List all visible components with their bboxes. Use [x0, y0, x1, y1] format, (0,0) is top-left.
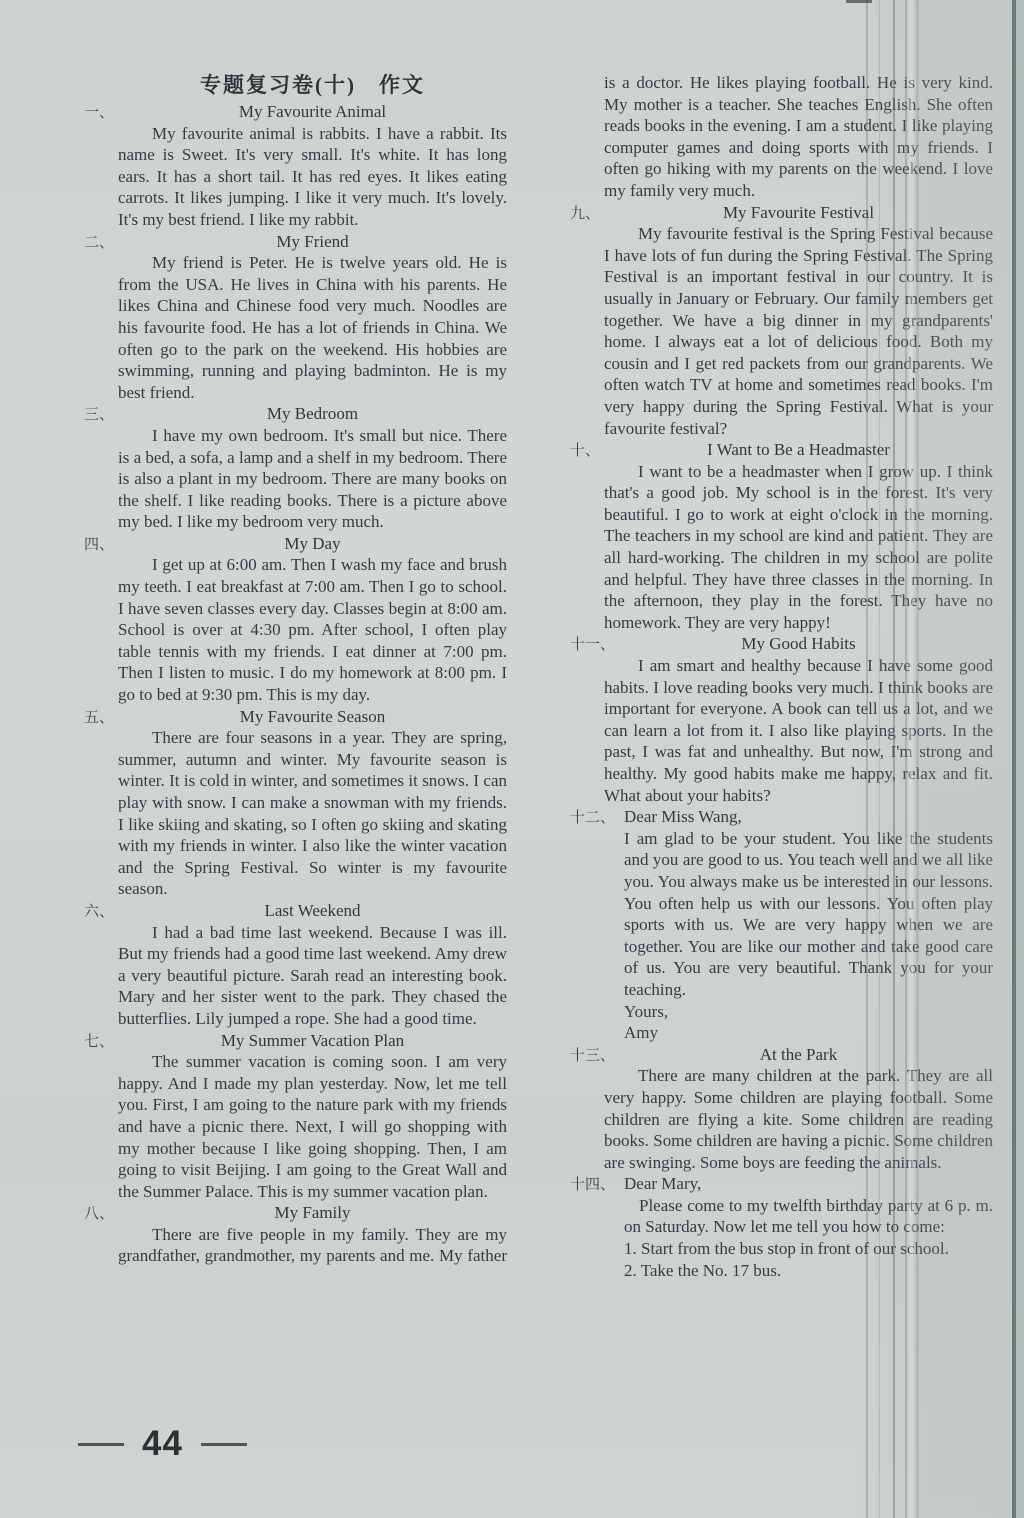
section-marker: 十三、 [570, 1046, 615, 1068]
section-my-family: 八、 My Family There are five people in my… [118, 1202, 507, 1267]
section-letter-to-mary: 十四、 Dear Mary, Please come to my twelfth… [604, 1173, 993, 1281]
direction-item: 1. Start from the bus stop in front of o… [624, 1238, 993, 1260]
section-body: There are four seasons in a year. They a… [118, 727, 507, 900]
section-title: My Family [118, 1202, 507, 1224]
section-marker: 三、 [84, 405, 114, 427]
section-my-good-habits: 十一、 My Good Habits I am smart and health… [604, 633, 993, 806]
section-marker: 十一、 [570, 635, 615, 657]
section-my-bedroom: 三、 My Bedroom I have my own bedroom. It'… [118, 403, 507, 533]
page-number-dash [78, 1443, 124, 1446]
section-marker: 十二、 [570, 808, 615, 830]
section-title: My Bedroom [118, 403, 507, 425]
section-my-favourite-festival: 九、 My Favourite Festival My favourite fe… [604, 202, 993, 440]
letter-body: Please come to my twelfth birthday party… [624, 1195, 993, 1238]
section-marker: 七、 [84, 1032, 114, 1054]
section-body: I have my own bedroom. It's small but ni… [118, 425, 507, 533]
page-number-dash [201, 1443, 247, 1446]
section-marker: 四、 [84, 535, 114, 557]
letter-signature: Amy [624, 1022, 993, 1044]
section-body: There are many children at the park. The… [604, 1065, 993, 1173]
section-my-favourite-season: 五、 My Favourite Season There are four se… [118, 706, 507, 900]
section-marker: 六、 [84, 902, 114, 924]
section-title: Last Weekend [118, 900, 507, 922]
section-marker: 五、 [84, 708, 114, 730]
section-body-continuation: is a doctor. He likes playing football. … [604, 72, 993, 202]
section-marker: 十、 [570, 441, 600, 463]
letter-closing: Yours, [624, 1001, 993, 1023]
page-title: 专题复习卷(十) 作文 [118, 72, 507, 98]
direction-item: 2. Take the No. 17 bus. [624, 1260, 993, 1282]
section-body: My friend is Peter. He is twelve years o… [118, 252, 507, 403]
section-marker: 一、 [84, 103, 114, 125]
letter-body: I am glad to be your student. You like t… [624, 828, 993, 1001]
section-letter-to-miss-wang: 十二、 Dear Miss Wang, I am glad to be your… [604, 806, 993, 1044]
section-i-want-to-be-a-headmaster: 十、 I Want to Be a Headmaster I want to b… [604, 439, 993, 633]
section-title: My Favourite Festival [604, 202, 993, 224]
section-title: My Summer Vacation Plan [118, 1030, 507, 1052]
section-my-summer-vacation-plan: 七、 My Summer Vacation Plan The summer va… [118, 1030, 507, 1203]
section-title: My Day [118, 533, 507, 555]
section-title: My Favourite Season [118, 706, 507, 728]
section-at-the-park: 十三、 At the Park There are many children … [604, 1044, 993, 1174]
page-number-row: 44 [78, 1424, 247, 1464]
section-body: I had a bad time last weekend. Because I… [118, 922, 507, 1030]
section-body: My favourite festival is the Spring Fest… [604, 223, 993, 439]
section-marker: 二、 [84, 233, 114, 255]
section-title: My Good Habits [604, 633, 993, 655]
right-column: is a doctor. He likes playing football. … [604, 72, 993, 1281]
section-title: My Friend [118, 231, 507, 253]
section-marker: 八、 [84, 1204, 114, 1226]
letter-salutation: Dear Mary, [624, 1173, 993, 1195]
section-body: I get up at 6:00 am. Then I wash my face… [118, 554, 507, 705]
page-edge [1016, 0, 1024, 1518]
section-marker: 九、 [570, 204, 600, 226]
section-my-friend: 二、 My Friend My friend is Peter. He is t… [118, 231, 507, 404]
section-body: My favourite animal is rabbits. I have a… [118, 123, 507, 231]
section-my-day: 四、 My Day I get up at 6:00 am. Then I wa… [118, 533, 507, 706]
scan-top-mark [846, 0, 872, 3]
section-title: My Favourite Animal [118, 101, 507, 123]
section-body: I want to be a headmaster when I grow up… [604, 461, 993, 634]
section-last-weekend: 六、 Last Weekend I had a bad time last we… [118, 900, 507, 1030]
section-my-favourite-animal: 一、 My Favourite Animal My favourite anim… [118, 101, 507, 231]
section-title: At the Park [604, 1044, 993, 1066]
letter-salutation: Dear Miss Wang, [624, 806, 993, 828]
left-column: 专题复习卷(十) 作文 一、 My Favourite Animal My fa… [118, 72, 507, 1267]
page-number: 44 [142, 1424, 183, 1464]
scanned-page: 专题复习卷(十) 作文 一、 My Favourite Animal My fa… [0, 0, 1024, 1518]
section-body: The summer vacation is coming soon. I am… [118, 1051, 507, 1202]
section-title: I Want to Be a Headmaster [604, 439, 993, 461]
section-marker: 十四、 [570, 1175, 615, 1197]
section-body: I am smart and healthy because I have so… [604, 655, 993, 806]
section-body: There are five people in my family. They… [118, 1224, 507, 1267]
